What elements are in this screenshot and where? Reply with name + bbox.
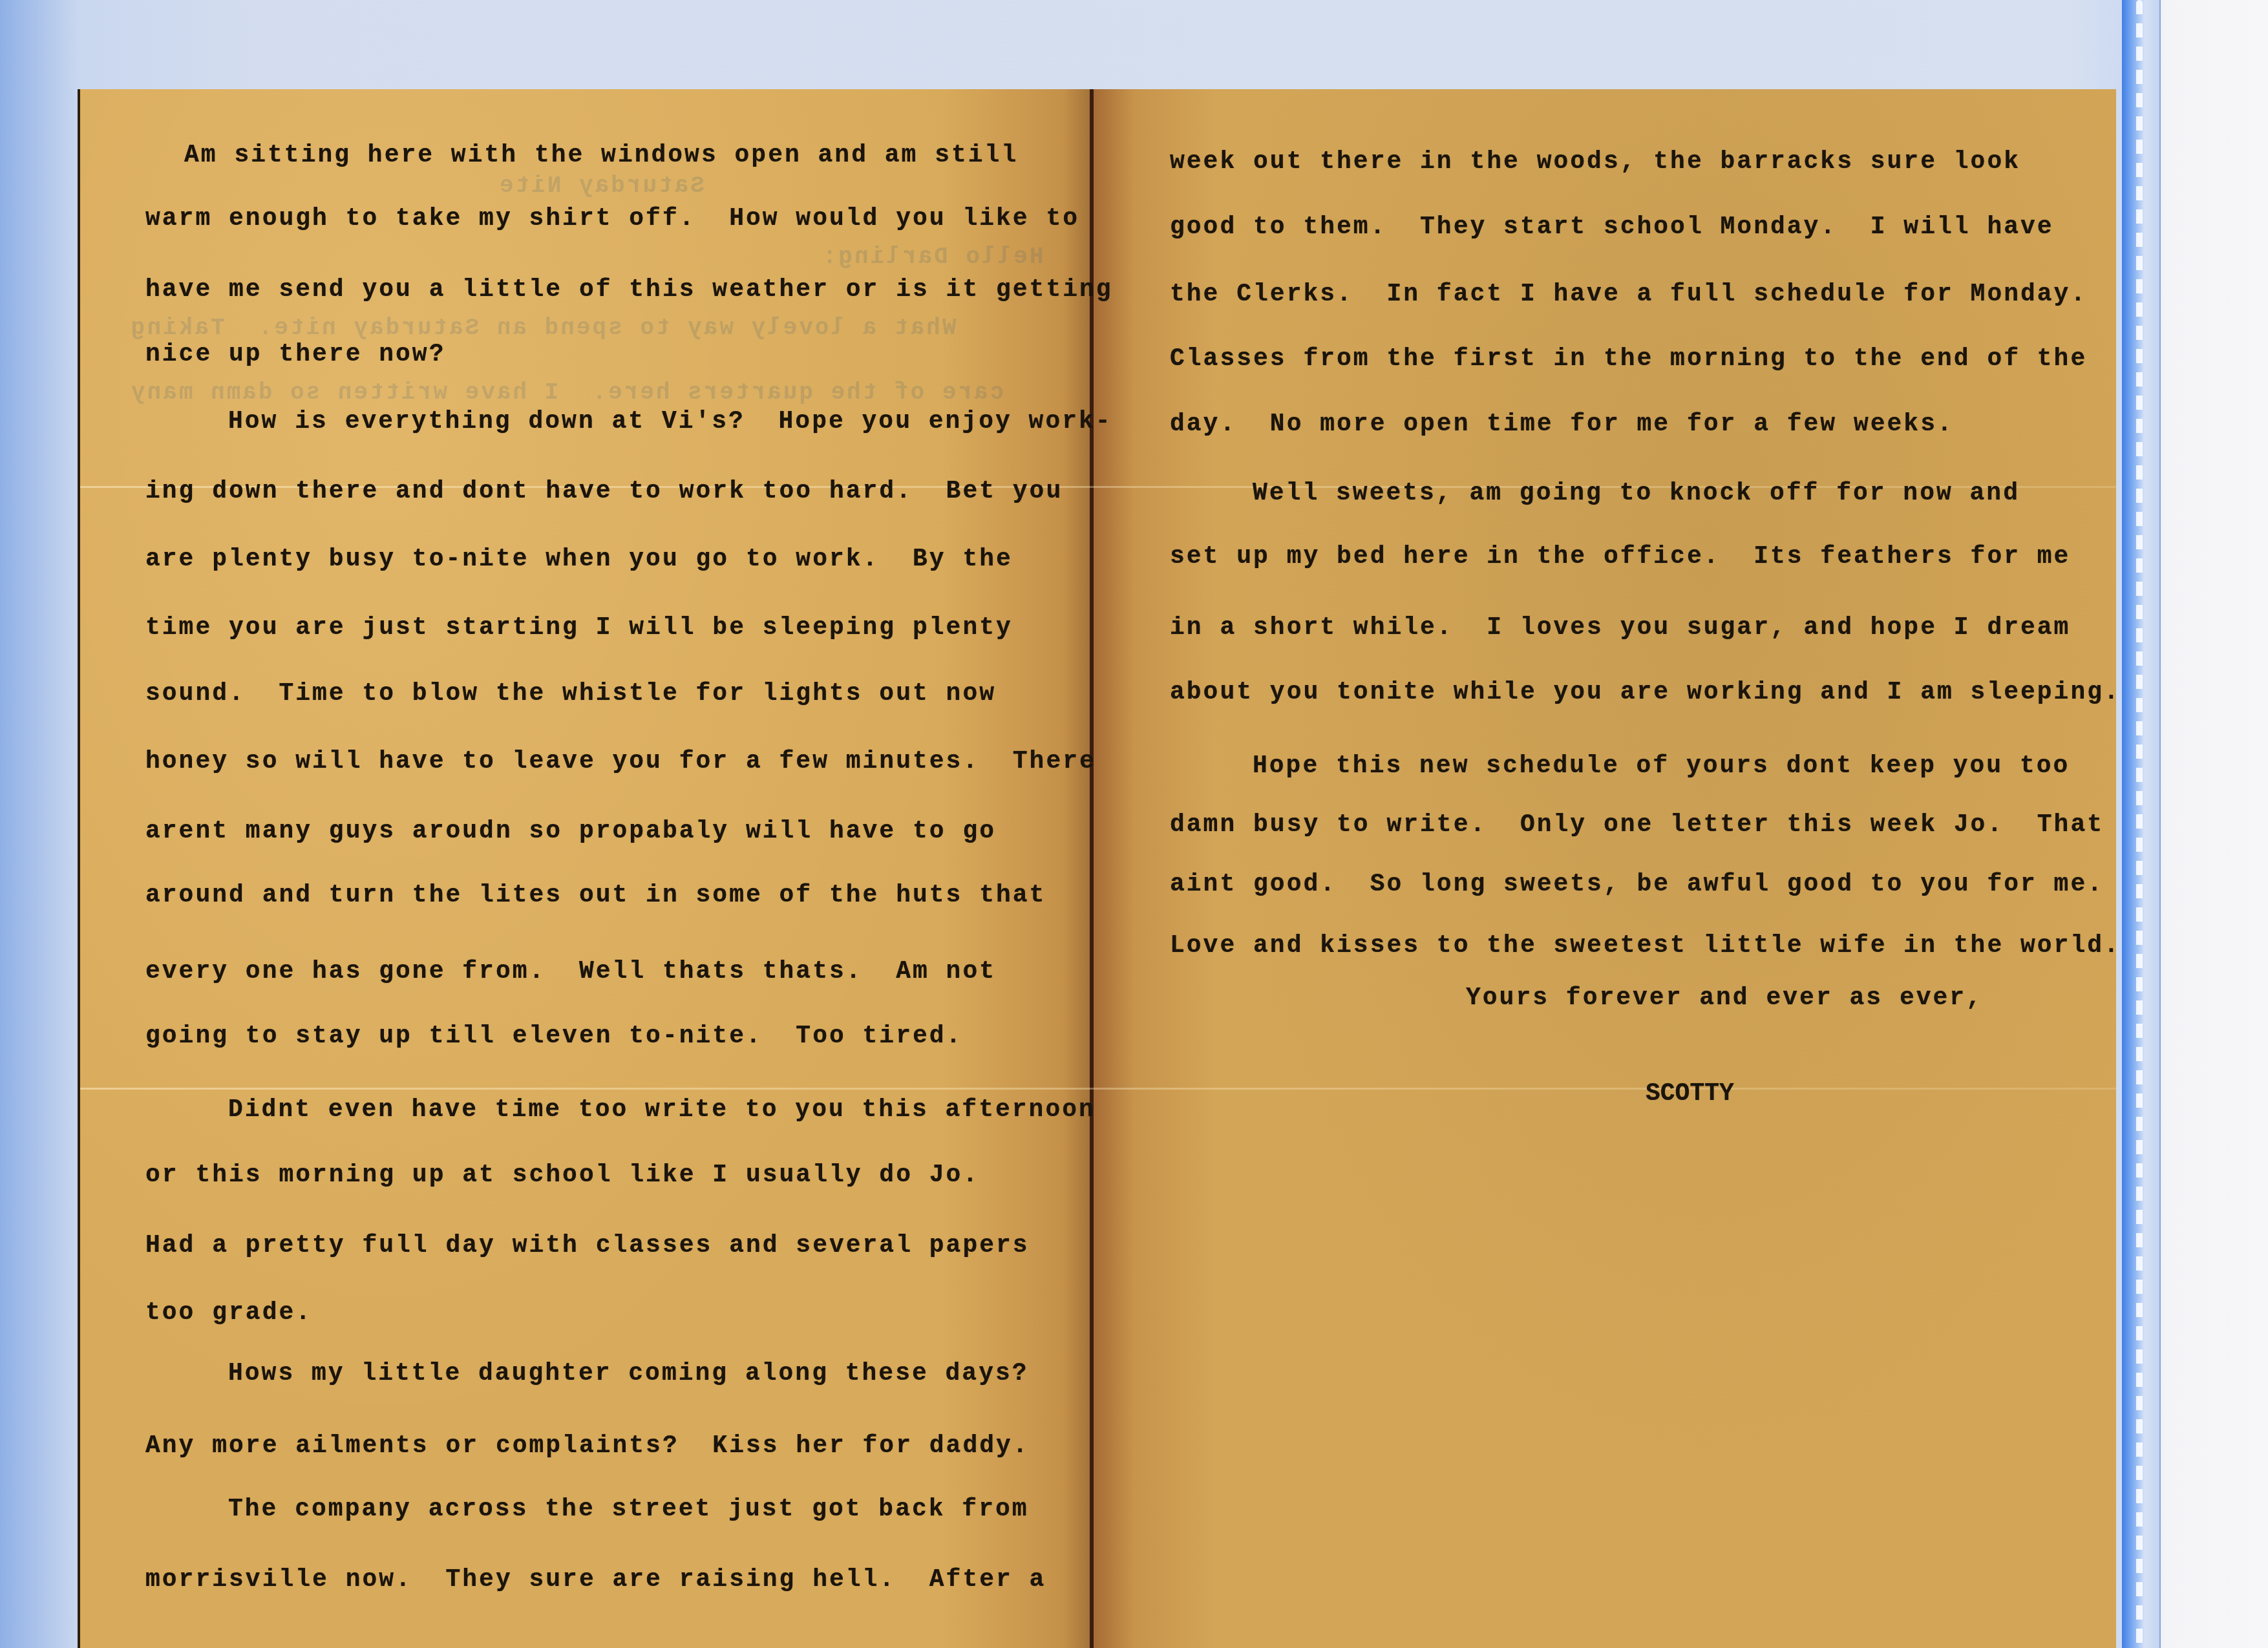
letter-line: morrisville now. They sure are raising h… bbox=[145, 1568, 1046, 1592]
letter-page-right bbox=[1094, 89, 2116, 1648]
letter-line: or this morning up at school like I usua… bbox=[145, 1163, 979, 1188]
letter-line: going to stay up till eleven to-nite. To… bbox=[145, 1024, 962, 1049]
letter-line: time you are just starting I will be sle… bbox=[145, 616, 1013, 640]
letter-line: are plenty busy to-nite when you go to w… bbox=[145, 547, 1013, 572]
letter-line: sound. Time to blow the whistle for ligh… bbox=[145, 682, 996, 706]
letter-line: nice up there now? bbox=[145, 343, 445, 367]
letter-line: Well sweets, am going to knock off for n… bbox=[1253, 481, 2020, 506]
letter-line: Hope this new schedule of yours dont kee… bbox=[1253, 754, 2070, 779]
letter-line: honey so will have to leave you for a fe… bbox=[145, 750, 1096, 774]
letter-line: Hows my little daughter coming along the… bbox=[228, 1362, 1029, 1386]
letter-line: about you tonite while you are working a… bbox=[1170, 681, 2121, 705]
letter-line: set up my bed here in the office. Its fe… bbox=[1170, 545, 2070, 569]
letter-line: have me send you a little of this weathe… bbox=[145, 278, 1113, 302]
letter-closing: Yours forever and ever as ever, bbox=[1466, 986, 1983, 1011]
letter-line: arent many guys aroudn so propabaly will… bbox=[145, 819, 996, 844]
letter-line: How is everything down at Vi's? Hope you… bbox=[228, 410, 1112, 434]
bleed-through-text: What a lovely way to spend an Saturday n… bbox=[129, 317, 956, 340]
bleed-through-text: care of the quarters here. I have writte… bbox=[129, 381, 1004, 405]
bleed-through-text: Hello Darling: bbox=[821, 246, 1043, 269]
letter-line: The company across the street just got b… bbox=[228, 1497, 1029, 1522]
center-fold bbox=[1090, 89, 1094, 1648]
letter-line: around and turn the lites out in some of… bbox=[145, 883, 1046, 908]
letter-line: Any more ailments or complaints? Kiss he… bbox=[145, 1434, 1030, 1459]
letter-line: Classes from the first in the morning to… bbox=[1170, 347, 2087, 372]
letter-line: day. No more open time for me for a few … bbox=[1170, 412, 1954, 437]
letter-line: aint good. So long sweets, be awful good… bbox=[1170, 872, 2104, 897]
letter-line: good to them. They start school Monday. … bbox=[1170, 215, 2054, 240]
letter-line: week out there in the woods, the barrack… bbox=[1170, 150, 2020, 174]
letter-line: Didnt even have time too write to you th… bbox=[228, 1098, 1096, 1123]
letter-line: too grade. bbox=[145, 1301, 312, 1326]
letter-line: Had a pretty full day with classes and s… bbox=[145, 1234, 1030, 1258]
letter-line: in a short while. I loves you sugar, and… bbox=[1170, 616, 2070, 640]
bleed-through-text: Saturday Nite bbox=[498, 174, 705, 198]
letter-line: warm enough to take my shirt off. How wo… bbox=[145, 207, 1079, 231]
horizontal-crease bbox=[80, 1088, 2116, 1090]
letter-line: Love and kisses to the sweetest little w… bbox=[1170, 934, 2121, 958]
letter-line: damn busy to write. Only one letter this… bbox=[1170, 813, 2104, 838]
letter-line: every one has gone from. Well thats that… bbox=[145, 960, 996, 984]
letter-line: ing down there and dont have to work too… bbox=[145, 480, 1063, 504]
letter-line: Am sitting here with the windows open an… bbox=[184, 143, 1018, 168]
plastic-sleeve-perforation bbox=[2122, 0, 2161, 1648]
letter-line: the Clerks. In fact I have a full schedu… bbox=[1170, 282, 2087, 307]
letter-signature: SCOTTY bbox=[1646, 1082, 1734, 1106]
